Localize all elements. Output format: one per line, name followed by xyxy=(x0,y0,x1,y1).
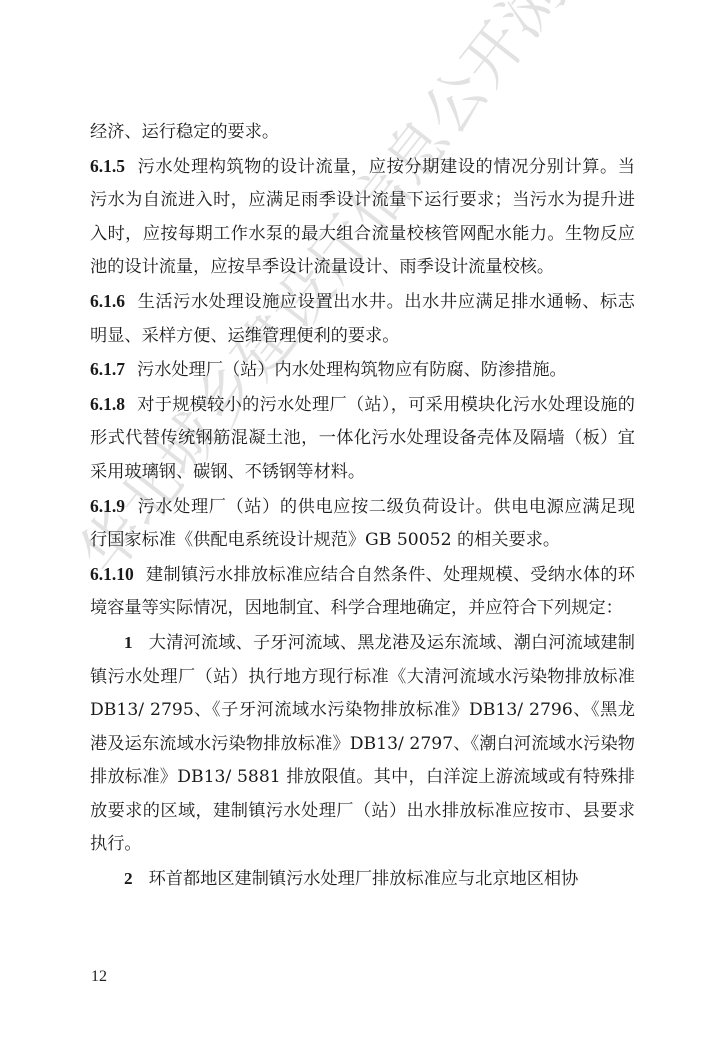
clause-text: 污水处理构筑物的设计流量，应按分期建设的情况分别计算。当污水为自流进入时，应满足… xyxy=(90,157,635,278)
lead-line: 经济、运行稳定的要求。 xyxy=(90,116,635,150)
clause-text: 对于规模较小的污水处理厂（站），可采用模块化污水处理设施的形式代替传统钢筋混凝土… xyxy=(90,395,635,482)
item-number: 2 xyxy=(124,862,133,896)
item-text: 大清河流域、子牙河流域、黑龙港及运东流域、潮白河流域建制镇污水处理厂（站）执行地… xyxy=(90,633,635,855)
clause-number: 6.1.9 xyxy=(90,496,125,516)
clause-text: 污水处理厂（站）内水处理构筑物应有防腐、防渗措施。 xyxy=(137,360,567,380)
clause-text: 建制镇污水排放标准应结合自然条件、处理规模、受纳水体的环境容量等实际情况，因地制… xyxy=(90,565,635,619)
clause-6-1-9: 6.1.9污水处理厂（站）的供电应按二级负荷设计。供电电源应满足现行国家标准《供… xyxy=(90,490,635,558)
document-page: 华北城乡建设厅信息公开浏览专用 经济、运行稳定的要求。 6.1.5污水处理构筑物… xyxy=(0,0,720,1044)
list-item-2: 2环首都地区建制镇污水处理厂排放标准应与北京地区相协 xyxy=(90,862,635,897)
document-body: 经济、运行稳定的要求。 6.1.5污水处理构筑物的设计流量，应按分期建设的情况分… xyxy=(90,116,635,897)
clause-6-1-8: 6.1.8对于规模较小的污水处理厂（站），可采用模块化污水处理设施的形式代替传统… xyxy=(90,388,635,490)
item-number: 1 xyxy=(124,626,133,660)
clause-6-1-10: 6.1.10建制镇污水排放标准应结合自然条件、处理规模、受纳水体的环境容量等实际… xyxy=(90,558,635,626)
clause-6-1-5: 6.1.5污水处理构筑物的设计流量，应按分期建设的情况分别计算。当污水为自流进入… xyxy=(90,150,635,285)
clause-text: 污水处理厂（站）的供电应按二级负荷设计。供电电源应满足现行国家标准《供配电系统设… xyxy=(90,497,635,551)
clause-number: 6.1.8 xyxy=(90,394,125,414)
clause-number: 6.1.6 xyxy=(90,291,125,311)
clause-number: 6.1.5 xyxy=(90,156,125,176)
page-number: 12 xyxy=(91,968,107,986)
clause-number: 6.1.10 xyxy=(90,564,134,584)
clause-number: 6.1.7 xyxy=(90,359,125,379)
clause-6-1-7: 6.1.7污水处理厂（站）内水处理构筑物应有防腐、防渗措施。 xyxy=(90,353,635,388)
list-item-1: 1大清河流域、子牙河流域、黑龙港及运东流域、潮白河流域建制镇污水处理厂（站）执行… xyxy=(90,626,635,862)
clause-6-1-6: 6.1.6生活污水处理设施应设置出水井。出水井应满足排水通畅、标志明显、采样方便… xyxy=(90,285,635,353)
clause-text: 生活污水处理设施应设置出水井。出水井应满足排水通畅、标志明显、采样方便、运维管理… xyxy=(90,292,635,346)
item-text: 环首都地区建制镇污水处理厂排放标准应与北京地区相协 xyxy=(149,869,579,889)
